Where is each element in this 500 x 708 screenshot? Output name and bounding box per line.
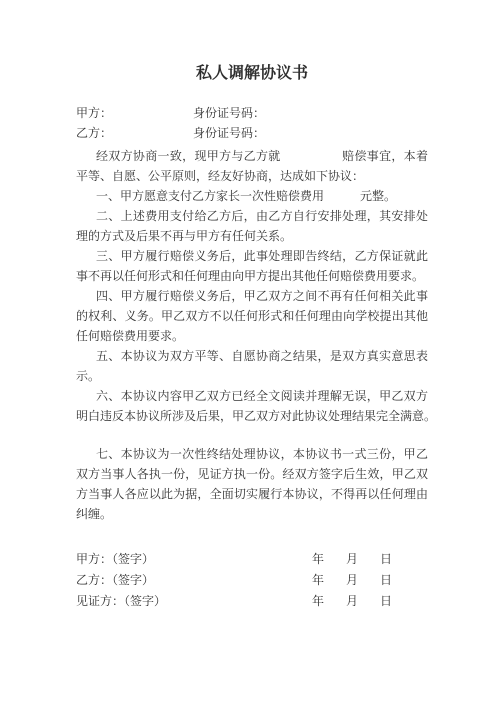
paragraph-clause-7: 七、本协议为一次性终结处理协议，本协议书一式三份，甲乙 双方当事人各执一份，见证… (76, 444, 428, 524)
party-b-id-label: 身份证号码： (193, 126, 265, 140)
paragraph-clause-4: 四、甲方履行赔偿义务后，甲乙双方之间不再有任何相关此事 的权利、义务。甲乙双方不… (76, 286, 428, 346)
document-title: 私人调解协议书 (76, 64, 428, 84)
document-page: 私人调解协议书 甲方：身份证号码： 乙方：身份证号码： 经双方协商一致，现甲方与… (0, 0, 500, 708)
month-label: 月 (346, 591, 358, 612)
signature-block: 甲方：（签字） 年 月 日 乙方：（签字） 年 月 日 见证方：（签字） 年 (76, 549, 428, 612)
year-label: 年 (312, 591, 324, 612)
month-label: 月 (346, 549, 358, 570)
agreement-line: 五、本协议为双方平等、自愿协商之结果，是双方真实意思表 (76, 346, 428, 366)
agreement-line: 的权利、义务。甲乙双方不以任何形式和任何理由向学校提出其他 (76, 306, 428, 326)
month-label: 月 (346, 570, 358, 591)
party-b-label: 乙方： (76, 123, 193, 143)
agreement-line: 三、甲方履行赔偿义务后，此事处理即告终结，乙方保证就此 (76, 246, 428, 266)
agreement-line: 纠缠。 (76, 504, 428, 524)
signature-date: 年 月 日 (312, 591, 392, 612)
party-a-label: 甲方： (76, 103, 193, 123)
agreement-line: 双方当事人各执一份，见证方执一份。经双方签字后生效，甲乙双 (76, 464, 428, 484)
agreement-line: 平等、自愿、公平原则，经友好协商，达成如下协议： (76, 166, 428, 186)
year-label: 年 (312, 570, 324, 591)
day-label: 日 (380, 591, 392, 612)
paragraph-clause-1: 一、甲方愿意支付乙方家长一次性赔偿费用 元整。 (76, 186, 428, 206)
signature-date: 年 月 日 (312, 549, 392, 570)
signature-label: 见证方：（签字） (76, 591, 312, 612)
agreement-line: 方当事人各应以此为据，全面切实履行本协议，不得再以任何理由 (76, 484, 428, 504)
paragraph-clause-3: 三、甲方履行赔偿义务后，此事处理即告终结，乙方保证就此 事不再以任何形式和任何理… (76, 246, 428, 286)
day-label: 日 (380, 549, 392, 570)
paragraph-intro: 经双方协商一致，现甲方与乙方就 赔偿事宜，本着 平等、自愿、公平原则，经友好协商… (76, 146, 428, 186)
signature-label: 乙方：（签字） (76, 570, 312, 591)
parties-header: 甲方：身份证号码： 乙方：身份证号码： (76, 103, 428, 143)
agreement-line: 六、本协议内容甲乙双方已经全文阅读并理解无误，甲乙双方 (76, 386, 428, 406)
agreement-line: 四、甲方履行赔偿义务后，甲乙双方之间不再有任何相关此事 (76, 286, 428, 306)
agreement-line: 七、本协议为一次性终结处理协议，本协议书一式三份，甲乙 (76, 444, 428, 464)
day-label: 日 (380, 570, 392, 591)
paragraph-clause-5: 五、本协议为双方平等、自愿协商之结果，是双方真实意思表 示。 (76, 346, 428, 386)
agreement-line: 示。 (76, 366, 428, 386)
signature-row-witness: 见证方：（签字） 年 月 日 (76, 591, 428, 612)
signature-row-party-a: 甲方：（签字） 年 月 日 (76, 549, 428, 570)
party-a-row: 甲方：身份证号码： (76, 103, 428, 123)
signature-label: 甲方：（签字） (76, 549, 312, 570)
signature-date: 年 月 日 (312, 570, 392, 591)
agreement-line: 明白违反本协议所涉及后果，甲乙双方对此协议处理结果完全满意。 (76, 406, 428, 426)
agreement-line: 事不再以任何形式和任何理由向甲方提出其他任何赔偿费用要求。 (76, 266, 428, 286)
signature-row-party-b: 乙方：（签字） 年 月 日 (76, 570, 428, 591)
party-b-row: 乙方：身份证号码： (76, 123, 428, 143)
agreement-line: 任何赔偿费用要求。 (76, 326, 428, 346)
agreement-line: 理的方式及后果不再与甲方有任何关系。 (76, 226, 428, 246)
agreement-body: 经双方协商一致，现甲方与乙方就 赔偿事宜，本着 平等、自愿、公平原则，经友好协商… (76, 146, 428, 524)
agreement-line: 经双方协商一致，现甲方与乙方就 赔偿事宜，本着 (76, 146, 428, 166)
agreement-line: 二、上述费用支付给乙方后，由乙方自行安排处理，其安排处 (76, 206, 428, 226)
year-label: 年 (312, 549, 324, 570)
paragraph-clause-2: 二、上述费用支付给乙方后，由乙方自行安排处理，其安排处 理的方式及后果不再与甲方… (76, 206, 428, 246)
party-a-id-label: 身份证号码： (193, 106, 265, 120)
agreement-line: 一、甲方愿意支付乙方家长一次性赔偿费用 元整。 (76, 186, 428, 206)
paragraph-clause-6: 六、本协议内容甲乙双方已经全文阅读并理解无误，甲乙双方 明白违反本协议所涉及后果… (76, 386, 428, 426)
document-content: 私人调解协议书 甲方：身份证号码： 乙方：身份证号码： 经双方协商一致，现甲方与… (76, 64, 428, 612)
